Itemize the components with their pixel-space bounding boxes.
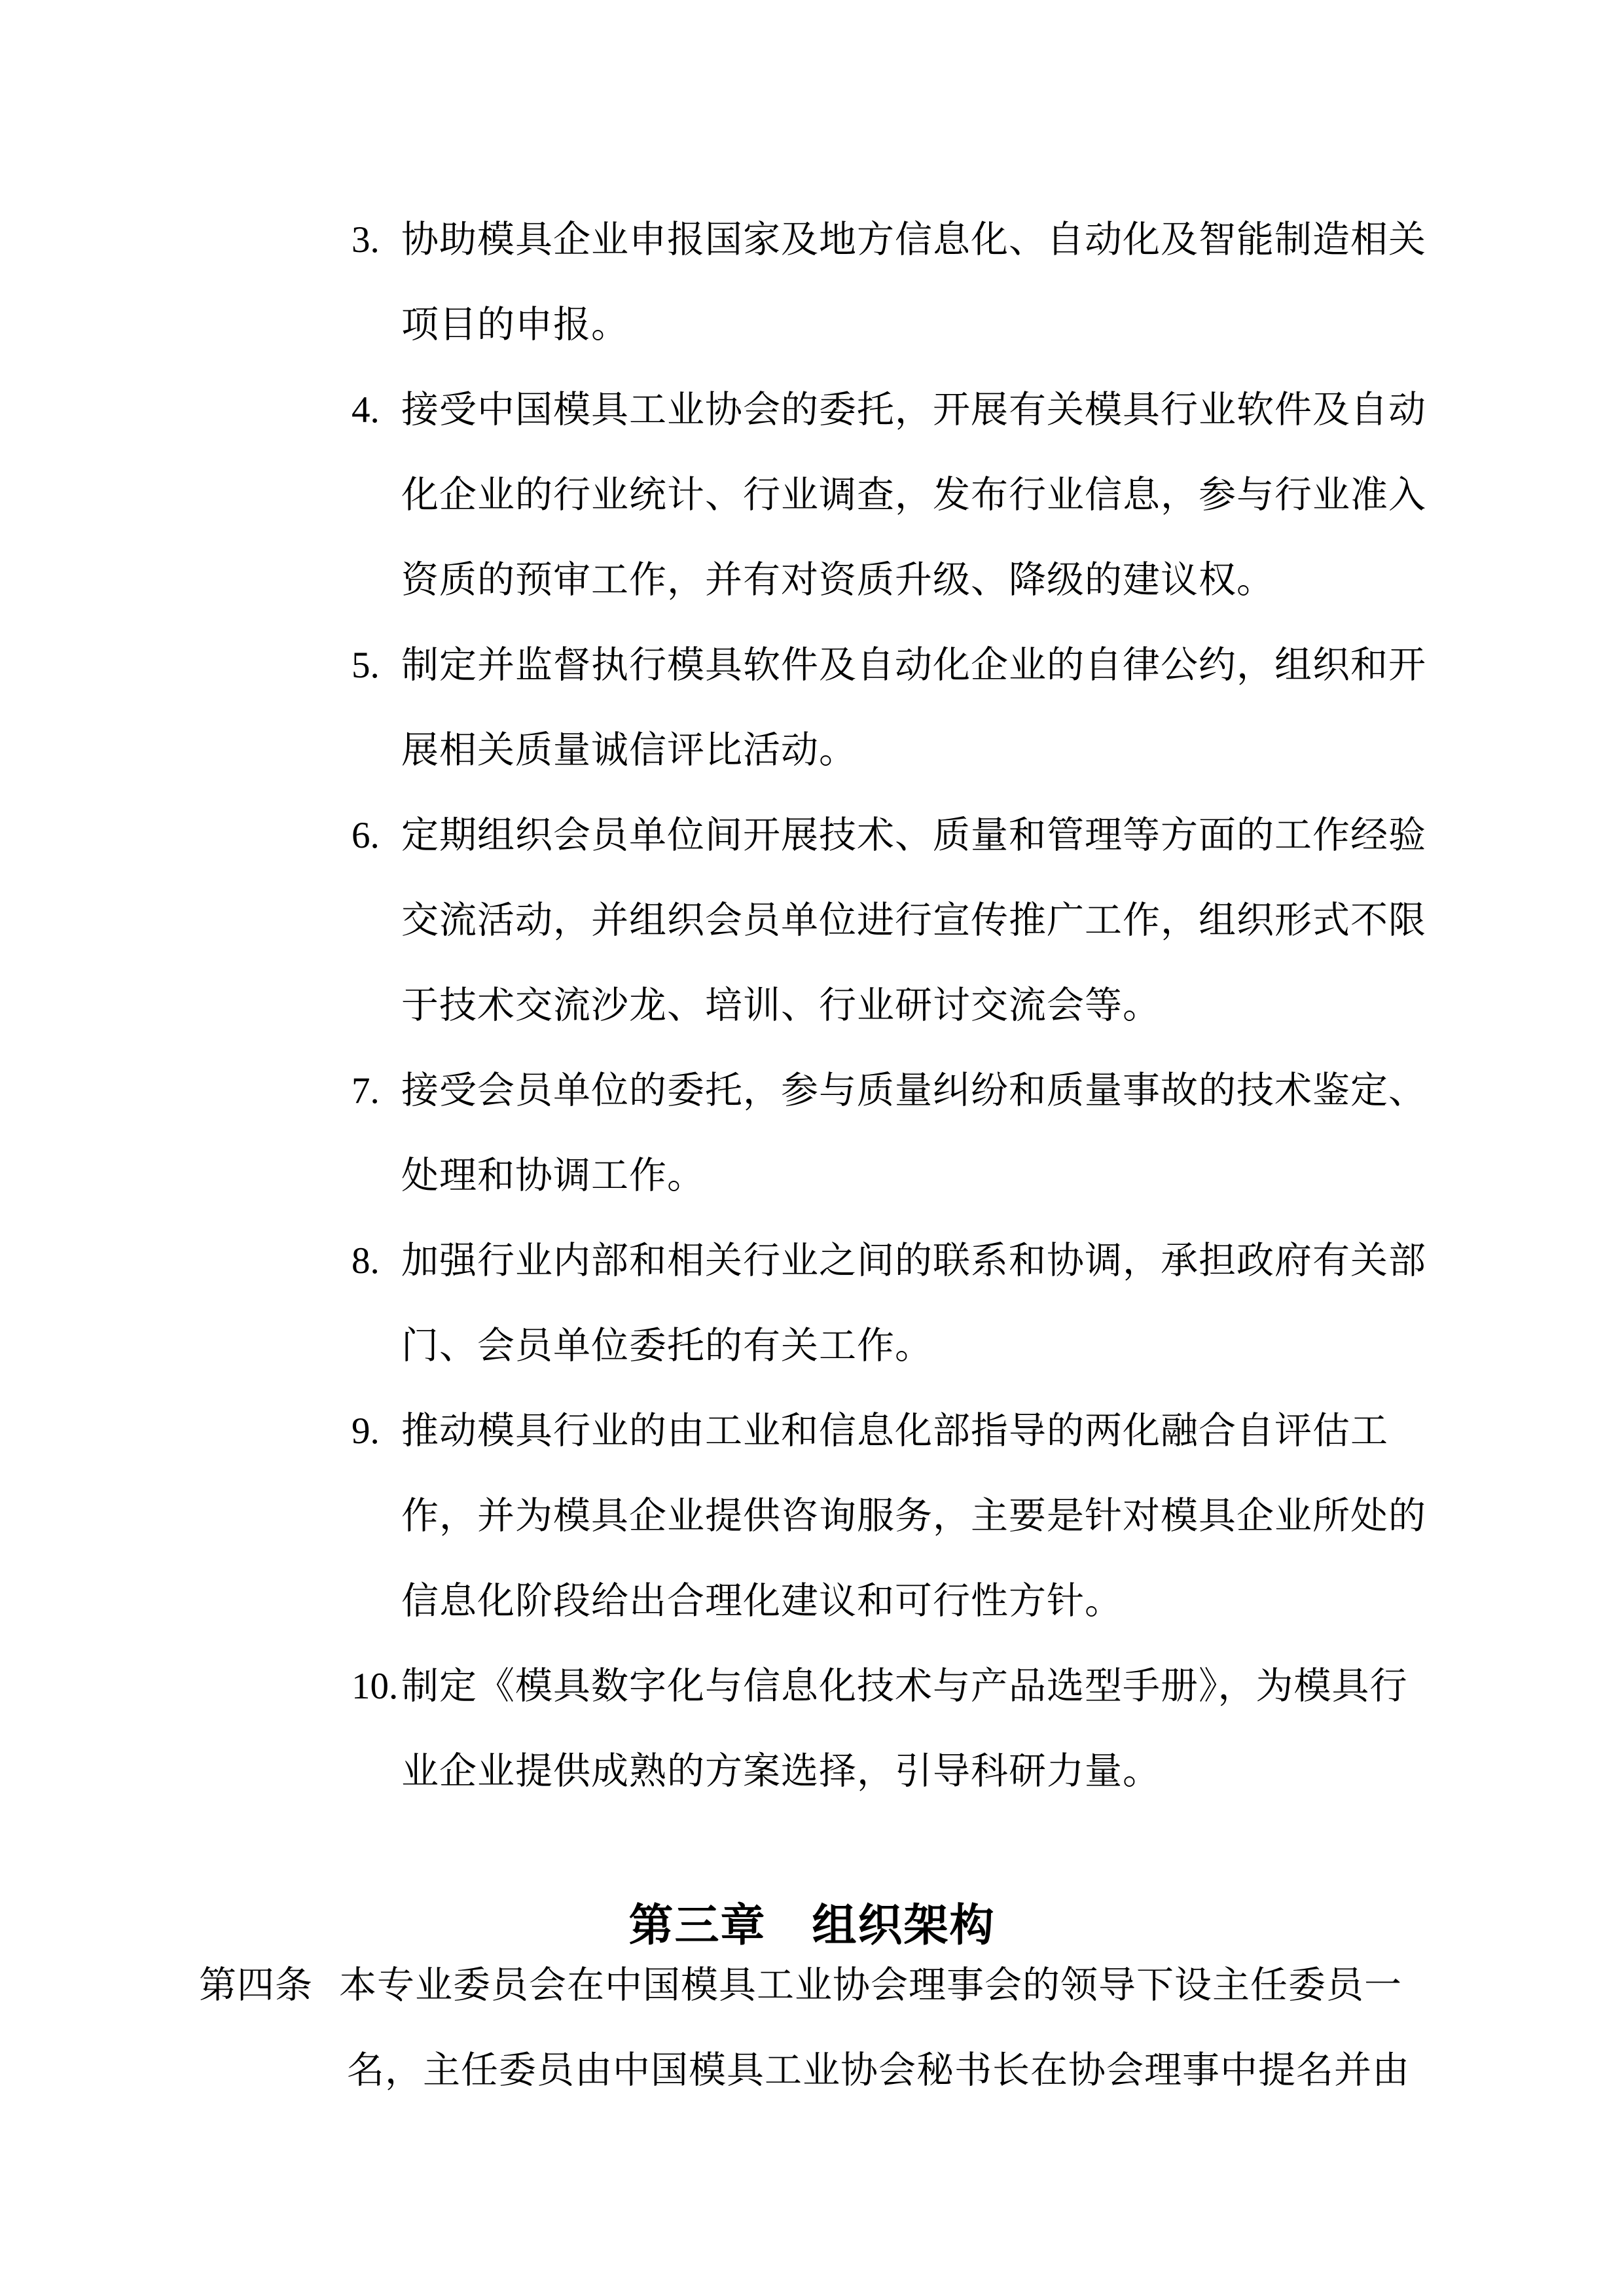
list-item-number: 3. bbox=[352, 198, 401, 283]
list-item-4-line-2: 化企业的行业统计、行业调查，发布行业信息，参与行业准入 bbox=[0, 453, 1624, 538]
list-item-3-line-1: 3.协助模具企业申报国家及地方信息化、自动化及智能制造相关 bbox=[0, 198, 1624, 283]
list-item-10-line-2: 业企业提供成熟的方案选择，引导科研力量。 bbox=[0, 1729, 1624, 1814]
article-4-line-1: 第四条本专业委员会在中国模具工业协会理事会的领导下设主任委员一 bbox=[199, 1943, 1624, 2028]
list-item-text: 接受中国模具工业协会的委托，开展有关模具行业软件及自动 bbox=[401, 389, 1426, 431]
list-item-number: 10. bbox=[352, 1644, 401, 1729]
article-4: 第四条本专业委员会在中国模具工业协会理事会的领导下设主任委员一 名，主任委员由中… bbox=[199, 1943, 1624, 2113]
list-item-number: 7. bbox=[352, 1049, 401, 1134]
list-item-text: 定期组织会员单位间开展技术、质量和管理等方面的工作经验 bbox=[401, 815, 1426, 856]
list-item-10-line-1: 10.制定《模具数字化与信息化技术与产品选型手册》，为模具行 bbox=[0, 1644, 1624, 1729]
article-4-label: 第四条 bbox=[199, 1943, 313, 2028]
list-item-text: 推动模具行业的由工业和信息化部指导的两化融合自评估工 bbox=[401, 1410, 1388, 1452]
list-item-5-line-1: 5.制定并监督执行模具软件及自动化企业的自律公约，组织和开 bbox=[0, 623, 1624, 708]
document-page: 3.协助模具企业申报国家及地方信息化、自动化及智能制造相关 项目的申报。 4.接… bbox=[0, 0, 1624, 2296]
list-item-text: 协助模具企业申报国家及地方信息化、自动化及智能制造相关 bbox=[401, 219, 1426, 260]
list-item-number: 5. bbox=[352, 623, 401, 708]
list-item-4-line-3: 资质的预审工作，并有对资质升级、降级的建议权。 bbox=[0, 538, 1624, 623]
list-item-6-line-2: 交流活动，并组织会员单位进行宣传推广工作，组织形式不限 bbox=[0, 878, 1624, 963]
list-item-9-line-1: 9.推动模具行业的由工业和信息化部指导的两化融合自评估工 bbox=[0, 1389, 1624, 1474]
list-item-number: 4. bbox=[352, 368, 401, 453]
list-item-6-line-3: 于技术交流沙龙、培训、行业研讨交流会等。 bbox=[0, 963, 1624, 1049]
list-item-9-line-2: 作，并为模具企业提供咨询服务，主要是针对模具企业所处的 bbox=[0, 1474, 1624, 1559]
list-item-5-line-2: 展相关质量诚信评比活动。 bbox=[0, 708, 1624, 793]
list-item-3-line-2: 项目的申报。 bbox=[0, 283, 1624, 368]
list-item-8-line-1: 8.加强行业内部和相关行业之间的联系和协调，承担政府有关部 bbox=[0, 1219, 1624, 1304]
list-item-number: 8. bbox=[352, 1219, 401, 1304]
numbered-list: 3.协助模具企业申报国家及地方信息化、自动化及智能制造相关 项目的申报。 4.接… bbox=[0, 198, 1624, 1814]
article-4-line-2: 名，主任委员由中国模具工业协会秘书长在协会理事中提名并由 bbox=[199, 2028, 1624, 2113]
list-item-9-line-3: 信息化阶段给出合理化建议和可行性方针。 bbox=[0, 1559, 1624, 1644]
list-item-text: 接受会员单位的委托，参与质量纠纷和质量事故的技术鉴定、 bbox=[401, 1070, 1426, 1111]
list-item-text: 制定并监督执行模具软件及自动化企业的自律公约，组织和开 bbox=[401, 645, 1426, 686]
list-item-text: 制定《模具数字化与信息化技术与产品选型手册》，为模具行 bbox=[401, 1666, 1408, 1707]
list-item-4-line-1: 4.接受中国模具工业协会的委托，开展有关模具行业软件及自动 bbox=[0, 368, 1624, 453]
article-4-text: 本专业委员会在中国模具工业协会理事会的领导下设主任委员一 bbox=[339, 1965, 1402, 2006]
list-item-6-line-1: 6.定期组织会员单位间开展技术、质量和管理等方面的工作经验 bbox=[0, 793, 1624, 878]
list-item-8-line-2: 门、会员单位委托的有关工作。 bbox=[0, 1304, 1624, 1389]
list-item-number: 9. bbox=[352, 1389, 401, 1474]
list-item-7-line-1: 7.接受会员单位的委托，参与质量纠纷和质量事故的技术鉴定、 bbox=[0, 1049, 1624, 1134]
list-item-text: 加强行业内部和相关行业之间的联系和协调，承担政府有关部 bbox=[401, 1240, 1426, 1282]
list-item-number: 6. bbox=[352, 793, 401, 878]
list-item-7-line-2: 处理和协调工作。 bbox=[0, 1134, 1624, 1219]
